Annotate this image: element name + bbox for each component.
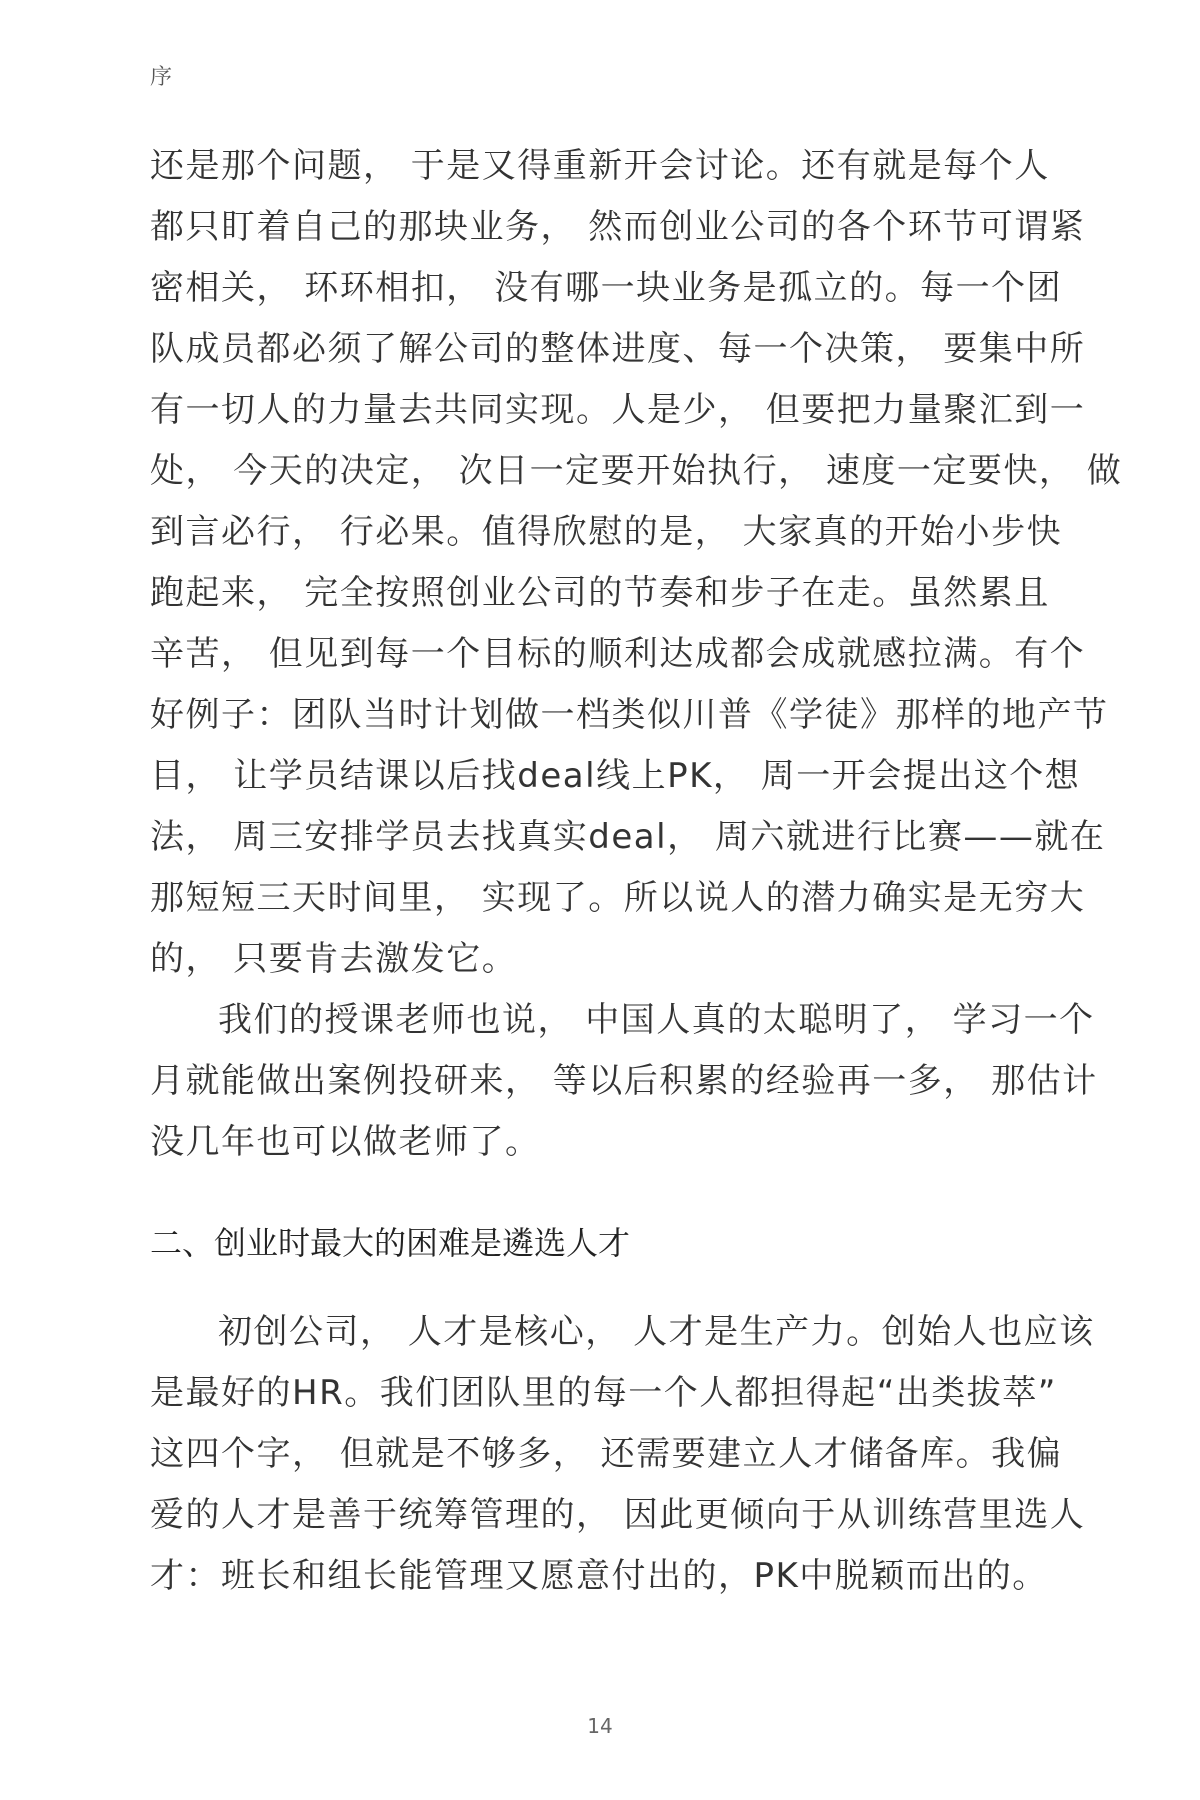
paragraph: 初创公司， 人才是核心， 人才是生产力。创始人也应该 是最好的HR。我们团队里的… <box>150 1302 1050 1607</box>
text-line: 都只盯着自己的那块业务， 然而创业公司的各个环节可谓紧 <box>150 197 1050 258</box>
text-line: 没几年也可以做老师了。 <box>150 1112 1050 1173</box>
text-line: 跑起来， 完全按照创业公司的节奏和步子在走。虽然累且 <box>150 563 1050 624</box>
text-line: 是最好的HR。我们团队里的每一个人都担得起“出类拔萃” <box>150 1363 1050 1424</box>
text-line: 有一切人的力量去共同实现。人是少， 但要把力量聚汇到一 <box>150 380 1050 441</box>
text-line: 法， 周三安排学员去找真实deal， 周六就进行比赛——就在 <box>150 807 1050 868</box>
paragraph: 还是那个问题， 于是又得重新开会讨论。还有就是每个人 都只盯着自己的那块业务， … <box>150 136 1050 990</box>
text-line: 初创公司， 人才是核心， 人才是生产力。创始人也应该 <box>150 1302 1050 1363</box>
running-head: 序 <box>150 60 172 91</box>
spacer <box>150 1274 1050 1302</box>
text-line: 爱的人才是善于统筹管理的， 因此更倾向于从训练营里选人 <box>150 1485 1050 1546</box>
text-line: 密相关， 环环相扣， 没有哪一块业务是孤立的。每一个团 <box>150 258 1050 319</box>
text-line: 到言必行， 行必果。值得欣慰的是， 大家真的开始小步快 <box>150 502 1050 563</box>
text-line: 我们的授课老师也说， 中国人真的太聪明了， 学习一个 <box>150 990 1050 1051</box>
spacer <box>150 1173 1050 1213</box>
text-line: 才：班长和组长能管理又愿意付出的，PK中脱颖而出的。 <box>150 1546 1050 1607</box>
section-heading: 二、创业时最大的困难是遴选人才 <box>150 1213 1050 1274</box>
text-line: 目， 让学员结课以后找deal线上PK， 周一开会提出这个想 <box>150 746 1050 807</box>
text-line: 处， 今天的决定， 次日一定要开始执行， 速度一定要快， 做 <box>150 441 1050 502</box>
text-line: 队成员都必须了解公司的整体进度、每一个决策， 要集中所 <box>150 319 1050 380</box>
text-line: 的， 只要肯去激发它。 <box>150 929 1050 990</box>
text-line: 好例子：团队当时计划做一档类似川普《学徒》那样的地产节 <box>150 685 1050 746</box>
text-line: 那短短三天时间里， 实现了。所以说人的潜力确实是无穷大 <box>150 868 1050 929</box>
text-line: 辛苦， 但见到每一个目标的顺利达成都会成就感拉满。有个 <box>150 624 1050 685</box>
text-line: 月就能做出案例投研来， 等以后积累的经验再一多， 那估计 <box>150 1051 1050 1112</box>
text-line: 这四个字， 但就是不够多， 还需要建立人才储备库。我偏 <box>150 1424 1050 1485</box>
paragraph: 我们的授课老师也说， 中国人真的太聪明了， 学习一个 月就能做出案例投研来， 等… <box>150 990 1050 1173</box>
text-line: 还是那个问题， 于是又得重新开会讨论。还有就是每个人 <box>150 136 1050 197</box>
body-text: 还是那个问题， 于是又得重新开会讨论。还有就是每个人 都只盯着自己的那块业务， … <box>150 136 1050 1607</box>
page-number: 14 <box>0 1714 1200 1738</box>
